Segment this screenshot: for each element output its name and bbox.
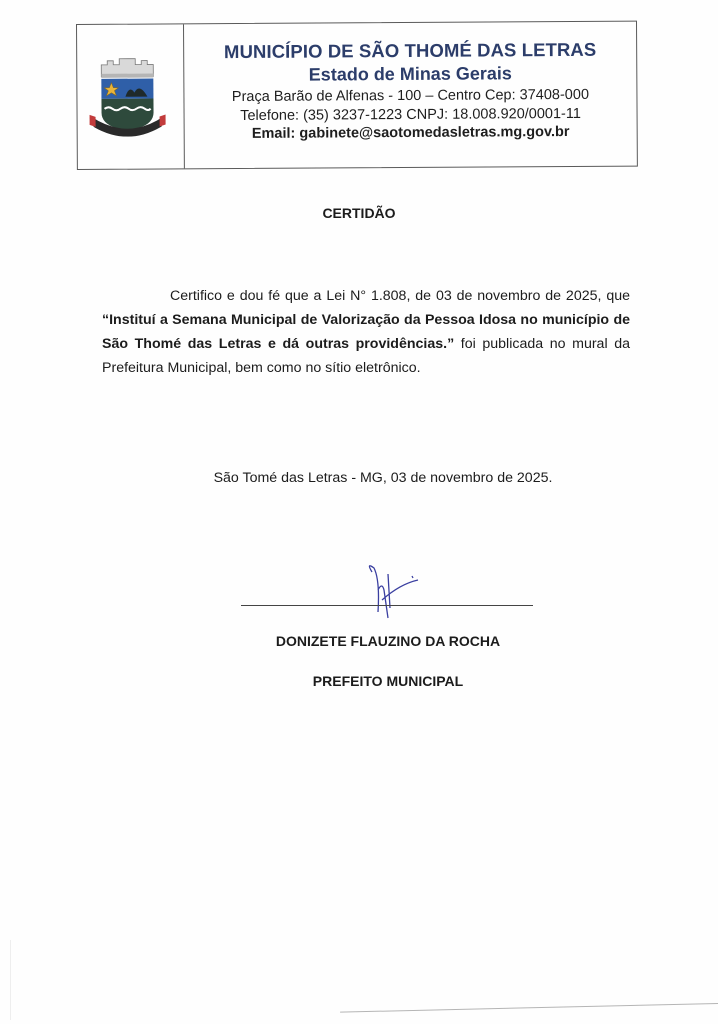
paragraph-intro: Certifico e dou fé que a Lei N° 1.808, d…: [170, 288, 630, 304]
document-title: CERTIDÃO: [0, 205, 718, 221]
handwritten-signature-icon: [360, 560, 430, 620]
municipal-coat-of-arms-icon: [87, 54, 167, 136]
email: Email: gabinete@saotomedasletras.mg.gov.…: [185, 124, 637, 143]
scan-edge-left: [10, 940, 11, 1020]
phone-cnpj: Telefone: (35) 3237-1223 CNPJ: 18.008.92…: [185, 106, 637, 125]
municipality-name: MUNICÍPIO DE SÃO THOMÉ DAS LETRAS: [184, 39, 636, 64]
signature-line: [241, 605, 533, 606]
certificate-paragraph: Certifico e dou fé que a Lei N° 1.808, d…: [102, 284, 630, 380]
address: Praça Barão de Alfenas - 100 – Centro Ce…: [184, 87, 636, 106]
crest-cell: [77, 24, 185, 169]
signer-role: PREFEITO MUNICIPAL: [0, 673, 718, 689]
scan-edge-bottom: [340, 1003, 718, 1013]
state-name: Estado de Minas Gerais: [184, 63, 636, 87]
signer-name: DONIZETE FLAUZINO DA ROCHA: [0, 633, 718, 649]
letterhead: MUNICÍPIO DE SÃO THOMÉ DAS LETRAS Estado…: [76, 21, 638, 170]
document-page: MUNICÍPIO DE SÃO THOMÉ DAS LETRAS Estado…: [0, 0, 718, 1024]
letterhead-text: MUNICÍPIO DE SÃO THOMÉ DAS LETRAS Estado…: [184, 22, 637, 143]
place-and-date: São Tomé das Letras - MG, 03 de novembro…: [0, 470, 718, 486]
